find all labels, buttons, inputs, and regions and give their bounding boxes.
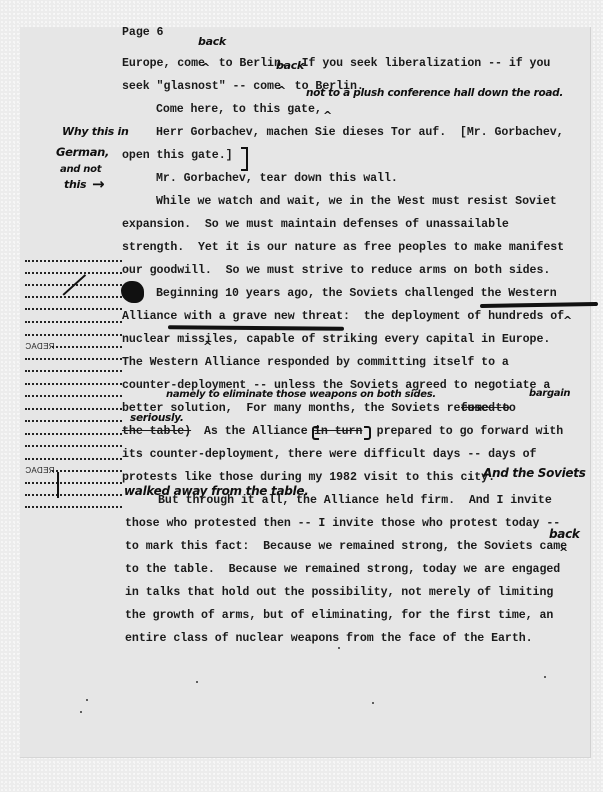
redaction-line — [52, 346, 122, 348]
insert-caret-3: ^ — [323, 109, 332, 122]
typed-line-3: Come here, to this gate, — [156, 103, 322, 117]
insert-caret-2: ^ — [277, 84, 286, 97]
margin-note-why-line-1: Why this in — [62, 125, 129, 138]
typed-line-19: protests like those during my 1982 visit… — [122, 471, 495, 485]
redaction-label-1: REDAC — [25, 342, 55, 351]
typed-line-13: nuclear missiles, capable of striking ev… — [122, 333, 550, 347]
handwritten-back-2: back — [276, 59, 304, 72]
bracket-in-turn-right — [364, 426, 371, 440]
handwritten-seriously: seriously. — [130, 412, 184, 424]
redaction-line — [52, 470, 122, 472]
scan-speck — [196, 681, 198, 683]
typed-line-24: in talks that hold out the possibility, … — [125, 586, 553, 600]
insert-caret-6: ^ — [559, 546, 568, 559]
redaction-line — [25, 395, 122, 397]
ink-blot — [121, 281, 144, 303]
typed-line-11: Beginning 10 years ago, the Soviets chal… — [156, 287, 557, 301]
struck-text-the-table: the table) — [122, 425, 191, 439]
handwritten-and-the-soviets: And the Soviets — [483, 466, 586, 480]
redaction-line — [25, 506, 122, 508]
scribble-strike-deleted-line — [168, 325, 344, 331]
margin-note-why-line-4: this — [64, 178, 86, 191]
typed-line-22: to mark this fact: Because we remained s… — [125, 540, 567, 554]
redaction-line — [25, 296, 122, 298]
margin-vertical-mark — [57, 472, 59, 498]
typed-line-21: those who protested then -- I invite tho… — [125, 517, 560, 531]
insert-caret-4: ^ — [563, 314, 572, 327]
bracket-in-turn-left — [312, 426, 319, 440]
redaction-line — [25, 321, 122, 323]
redaction-line — [25, 433, 122, 435]
redaction-line — [25, 272, 122, 274]
typed-line-8: expansion. So we must maintain defenses … — [122, 218, 509, 232]
redaction-line — [25, 358, 122, 360]
redaction-line — [25, 482, 122, 484]
scan-speck — [338, 647, 340, 649]
typed-line-18: its counter-deployment, there were diffi… — [122, 448, 536, 462]
redaction-line — [25, 370, 122, 372]
handwritten-bargain: bargain — [529, 388, 570, 399]
typed-line-4: Herr Gorbachev, machen Sie dieses Tor au… — [156, 126, 564, 140]
handwritten-walked-away: walked away from the table. — [124, 484, 308, 498]
typed-line-10: our goodwill. So we must strive to reduc… — [122, 264, 550, 278]
redaction-line — [25, 334, 122, 336]
handwritten-back-1: back — [198, 35, 226, 48]
typed-line-6: Mr. Gorbachev, tear down this wall. — [156, 172, 398, 186]
typed-line-26: entire class of nuclear weapons from the… — [125, 632, 533, 646]
arrow-right-icon: → — [92, 175, 104, 193]
typed-line-25: the growth of arms, but of eliminating, … — [125, 609, 553, 623]
redaction-line — [25, 308, 122, 310]
margin-note-why-line-3: and not — [60, 164, 101, 175]
typed-line-1: Europe, come to Berlin. If you seek libe… — [122, 57, 550, 71]
struck-text-come-to: come to — [461, 402, 509, 416]
insert-caret-5: ^ — [203, 340, 212, 353]
scan-speck — [544, 676, 546, 678]
typed-line-12: Alliance with a grave new threat: the de… — [122, 310, 564, 324]
bracket-german-passage — [241, 147, 248, 171]
scan-speck — [86, 699, 88, 701]
typed-line-14: The Western Alliance responded by commit… — [122, 356, 509, 370]
typed-line-23: to the table. Because we remained strong… — [125, 563, 560, 577]
margin-note-why-line-2: German, — [56, 145, 109, 159]
handwritten-plush-conference: not to a plush conference hall down the … — [306, 87, 563, 99]
struck-text-in-turn: in turn — [314, 425, 362, 439]
redaction-line — [25, 408, 122, 410]
typed-line-9: strength. Yet it is our nature as free p… — [122, 241, 564, 255]
redaction-line — [25, 260, 122, 262]
redaction-line — [25, 458, 122, 460]
redaction-label-2: REDAC — [25, 466, 55, 475]
handwritten-namely: namely to eliminate those weapons on bot… — [166, 389, 436, 400]
scan-speck — [372, 702, 374, 704]
redaction-line — [25, 494, 122, 496]
scan-speck — [80, 711, 82, 713]
page-label: Page 6 — [122, 26, 163, 40]
handwritten-back-3: back — [549, 527, 580, 541]
redaction-line — [25, 383, 122, 385]
document-page: Page 6 Europe, come to Berlin. If you se… — [20, 27, 591, 758]
typed-line-17: As the Alliance prepared to go forward w… — [204, 425, 563, 439]
redaction-line — [25, 420, 122, 422]
insert-caret-1: ^ — [201, 61, 210, 74]
redaction-line — [25, 445, 122, 447]
typed-line-7: While we watch and wait, we in the West … — [156, 195, 557, 209]
typed-line-5: open this gate.] — [122, 149, 233, 163]
scribble-strike-new-and-more — [480, 302, 598, 308]
